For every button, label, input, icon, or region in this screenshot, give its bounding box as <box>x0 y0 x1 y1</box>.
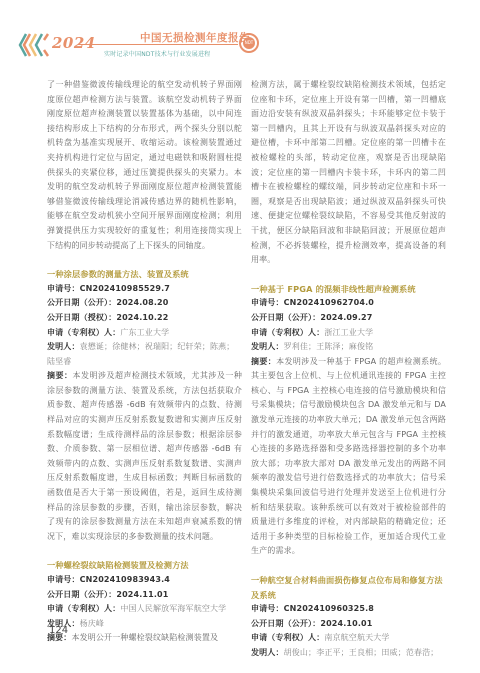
patent-title: 一种螺栓裂纹缺陷检测装置及检测方法 <box>47 558 242 573</box>
left-column: 了一种借鉴微波传输线理论的航空发动机转子界面刚度原位超声检测方法与装置。该航空发… <box>47 78 242 646</box>
applicant: 申请（专利权）人：中国人民解放军海军航空大学 <box>47 602 242 617</box>
inventors: 发明人：罗利佳；王陈泽；麻俊铭 <box>251 340 446 355</box>
application-number: 申请号：CN202410962704.0 <box>251 296 446 311</box>
patent-entry: 一种航空复合材料曲面损伤修复点位布局和修复方法及系统 申请号：CN2024109… <box>251 573 446 661</box>
inventors: 发明人：袁懋诞；徐健林；祝瑞阳；纪轩荣；陈燕；陆坚睿 <box>47 340 242 369</box>
report-title: 中国无损检测年度报告 <box>140 30 250 45</box>
intro-paragraph: 了一种借鉴微波传输线理论的航空发动机转子界面刚度原位超声检测方法与装置。该航空发… <box>47 78 242 253</box>
report-header: 2024 中国无损检测年度报告 实时记录中国NDT技术与行业发展进程 NDT <box>0 0 480 70</box>
chevron-decoration-icon <box>18 32 54 58</box>
right-column: 检测方法，属于螺栓裂纹缺陷检测技术领域，包括定位座和卡环，定位座上开设有第一凹槽… <box>251 78 446 661</box>
abstract: 摘要：本发明涉及超声检测技术领域，尤其涉及一种涂层参数的测量方法、装置及系统，方… <box>47 369 242 544</box>
inventors: 发明人：胡俊山；李正平；王良相；田威；范春浩； <box>251 646 446 661</box>
ndt-logo-icon: NDT <box>239 33 259 53</box>
applicant: 申请（专利权）人：广东工业大学 <box>47 326 242 341</box>
patent-entry: 一种涂层参数的测量方法、装置及系统 申请号：CN202410985529.7 公… <box>47 267 242 544</box>
report-subtitle: 实时记录中国NDT技术与行业发展进程 <box>104 49 210 58</box>
continued-paragraph: 检测方法，属于螺栓裂纹缺陷检测技术领域，包括定位座和卡环，定位座上开设有第一凹槽… <box>251 78 446 268</box>
inventors: 发明人：杨庆峰 <box>47 617 242 632</box>
application-number: 申请号：CN202410983943.4 <box>47 573 242 588</box>
abstract: 摘要：本发明涉及一种基于 FPGA 的超声检测系统。其主要包含上位机、与上位机通… <box>251 355 446 559</box>
publication-date: 公开日期（公开）：2024.11.01 <box>47 588 242 603</box>
report-year: 2024 <box>52 34 96 52</box>
publication-date: 公开日期（公开）：2024.08.20 <box>47 296 242 311</box>
patent-title: 一种基于 FPGA 的混频非线性超声检测系统 <box>251 282 446 297</box>
abstract: 摘要：本发明公开一种螺栓裂纹缺陷检测装置及 <box>47 631 242 646</box>
grant-date: 公开日期（授权）：2024.10.22 <box>47 311 242 326</box>
publication-date: 公开日期（公开）：2024.09.27 <box>251 311 446 326</box>
publication-date: 公开日期（公开）：2024.10.01 <box>251 617 446 632</box>
patent-title: 一种涂层参数的测量方法、装置及系统 <box>47 267 242 282</box>
applicant: 申请（专利权）人：南京航空航天大学 <box>251 631 446 646</box>
patent-entry: 一种螺栓裂纹缺陷检测装置及检测方法 申请号：CN202410983943.4 公… <box>47 558 242 646</box>
page-number: 124 <box>49 625 68 636</box>
application-number: 申请号：CN202410960325.8 <box>251 602 446 617</box>
application-number: 申请号：CN202410985529.7 <box>47 282 242 297</box>
patent-entry: 一种基于 FPGA 的混频非线性超声检测系统 申请号：CN20241096270… <box>251 282 446 559</box>
applicant: 申请（专利权）人：浙江工业大学 <box>251 326 446 341</box>
logo-label: NDT <box>243 37 255 49</box>
patent-title: 一种航空复合材料曲面损伤修复点位布局和修复方法及系统 <box>251 573 446 602</box>
